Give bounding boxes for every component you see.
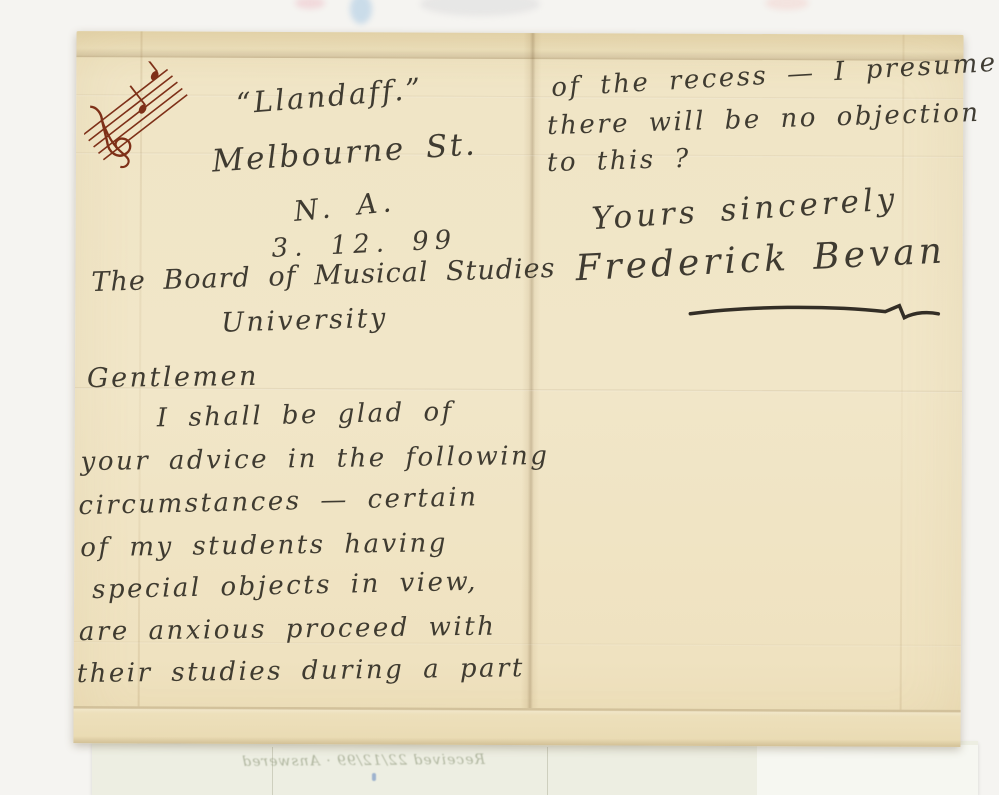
- body-line: your advice in the following: [80, 441, 549, 477]
- recipient-line: The Board of Musical Studies: [91, 253, 556, 298]
- letterhead-street: Melbourne St.: [211, 126, 478, 179]
- horizontal-crease: [76, 152, 963, 158]
- signature-flourish: [687, 302, 942, 323]
- scan-artifact: [420, 0, 540, 16]
- music-staff-icon: [84, 61, 209, 182]
- horizontal-crease: [76, 94, 963, 100]
- scan-artifact: [350, 0, 372, 24]
- body-line: their studies during a part: [77, 653, 526, 689]
- showthrough-rule: [547, 747, 548, 795]
- letter-sheet: “Llandaff.” Melbourne St. N. A. 3. 12. 9…: [73, 31, 963, 747]
- underlying-page-highlight: [757, 745, 978, 795]
- body-line: there will be no objection: [547, 98, 981, 141]
- body-line: of the recess — I presume: [550, 48, 998, 103]
- valediction: Yours sincerely: [591, 181, 900, 237]
- scanned-letter-photo: Received 22/12/99 · Answered: [0, 0, 999, 795]
- recipient-line: University: [221, 303, 388, 339]
- ink-speck: [372, 773, 376, 781]
- body-line: I shall be glad of: [157, 397, 455, 433]
- signature: Frederick Bevan: [575, 230, 947, 289]
- scan-artifact: [765, 0, 809, 10]
- letterhead-place: “Llandaff.”: [235, 71, 424, 120]
- bottom-fold-strip: [73, 706, 960, 747]
- underlying-page: Received 22/12/99 · Answered: [92, 741, 978, 795]
- letterhead-district: N. A.: [292, 185, 397, 228]
- salutation: Gentlemen: [87, 361, 259, 394]
- scan-artifact: [295, 0, 325, 9]
- body-line: of my students having: [80, 528, 448, 563]
- showthrough-text: Received 22/12/99 · Answered: [235, 752, 485, 770]
- body-line: special objects in view,: [92, 567, 478, 605]
- body-line: to this ?: [547, 144, 692, 178]
- body-line: are anxious proceed with: [79, 612, 497, 647]
